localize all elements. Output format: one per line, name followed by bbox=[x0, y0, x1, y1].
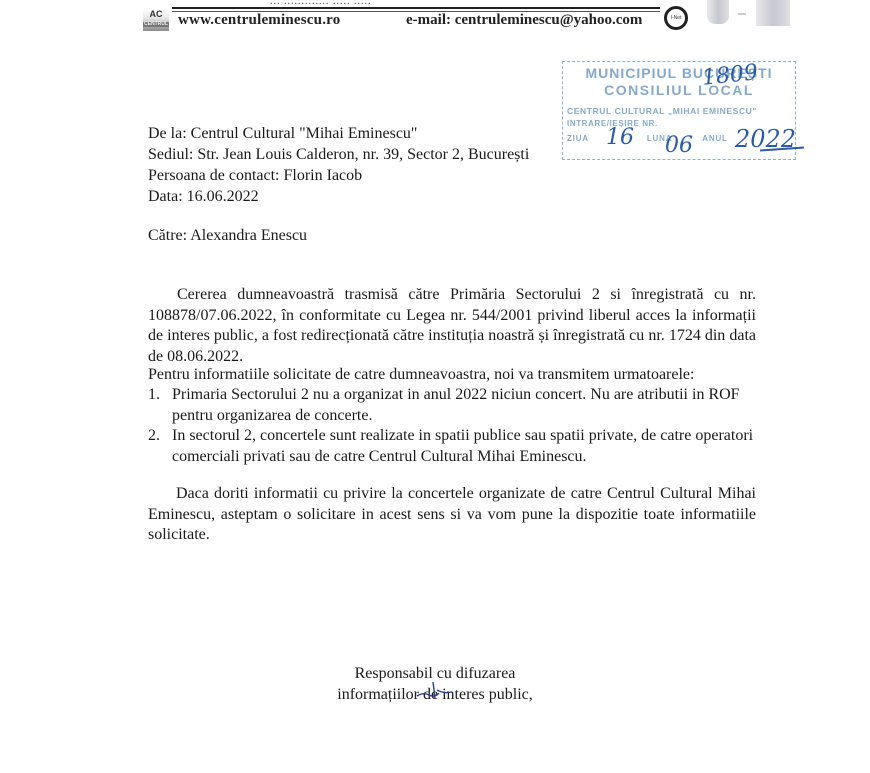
stamp-council: CONSILIUL LOCAL bbox=[563, 82, 795, 98]
signature-block: Responsabil cu difuzarea informațiilor d… bbox=[260, 663, 610, 705]
sender-block: De la: Centrul Cultural "Mihai Eminescu"… bbox=[148, 123, 756, 207]
body-list-intro: Pentru informatiile solicitate de catre … bbox=[148, 364, 756, 385]
email-link[interactable]: e-mail: centruleminescu@yahoo.com bbox=[406, 12, 642, 29]
scan-artifact bbox=[738, 13, 746, 15]
body-paragraph-request: Cererea dumneavoastră trasmisă către Pri… bbox=[148, 285, 756, 367]
list-item-text: In sectorul 2, concertele sunt realizate… bbox=[172, 427, 753, 465]
letterhead-rule bbox=[172, 7, 660, 9]
stamp-municipality: MUNICIPIUL BUCUREȘTI bbox=[563, 65, 795, 81]
list-item: 2. In sectorul 2, concertele sunt realiz… bbox=[148, 426, 756, 467]
seal-text: I-Net bbox=[671, 15, 682, 21]
response-items-list: 1. Primaria Sectorului 2 nu a organizat … bbox=[148, 385, 756, 467]
list-item-text: Primaria Sectorului 2 nu a organizat in … bbox=[172, 386, 740, 424]
body-paragraph-followup: Daca doriti informatii cu privire la con… bbox=[148, 484, 756, 546]
list-item: 1. Primaria Sectorului 2 nu a organizat … bbox=[148, 385, 756, 426]
stamp-institution: CENTRUL CULTURAL „MIHAI EMINESCU" bbox=[567, 106, 757, 116]
scan-artifact bbox=[707, 0, 729, 24]
institution-logo: AC CENTRUL bbox=[143, 9, 169, 31]
website-link[interactable]: www.centruleminescu.ro bbox=[178, 12, 340, 29]
recipient: Către: Alexandra Enescu bbox=[148, 225, 756, 246]
scan-artifact bbox=[756, 0, 790, 26]
sender-date: Data: 16.06.2022 bbox=[148, 186, 756, 207]
signature-line-2: informațiilor de interes public, bbox=[260, 684, 610, 705]
sender-address: Sediul: Str. Jean Louis Calderon, nr. 39… bbox=[148, 144, 756, 165]
logo-subtext: CENTRUL bbox=[143, 22, 169, 27]
certification-seal-icon: I-Net bbox=[664, 6, 688, 30]
sender-contact: Persoana de contact: Florin Iacob bbox=[148, 165, 756, 186]
logo-text: AC bbox=[150, 9, 163, 19]
list-item-number: 2. bbox=[148, 426, 160, 447]
list-item-number: 1. bbox=[148, 385, 160, 406]
letterhead-top-cut-text: ... ............. ..... ..... bbox=[270, 0, 650, 4]
sender-from: De la: Centrul Cultural "Mihai Eminescu" bbox=[148, 123, 756, 144]
signature-line-1: Responsabil cu difuzarea bbox=[260, 663, 610, 684]
